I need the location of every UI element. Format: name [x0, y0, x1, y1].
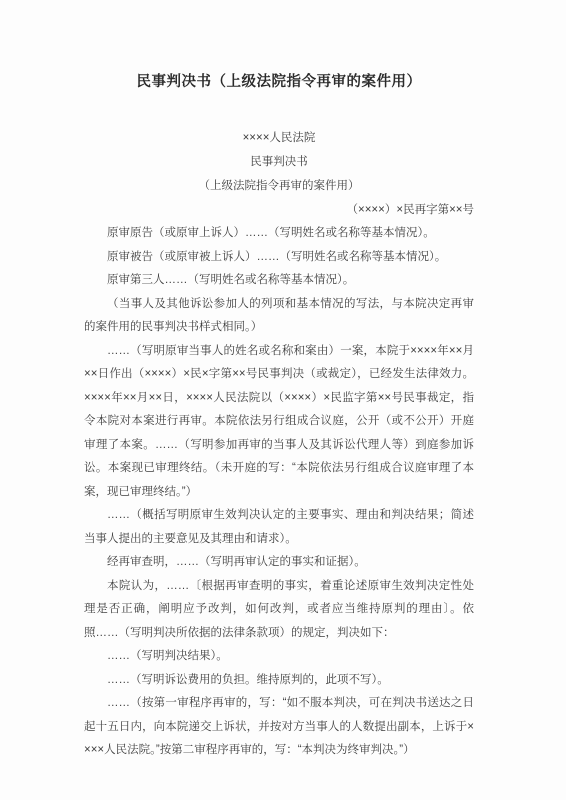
paragraph-original-plaintiff: 原审原告（或原审上诉人）……（写明姓名或名称等基本情况）。	[84, 222, 474, 246]
document-usage-note: （上级法院指令再审的案件用）	[84, 174, 474, 198]
paragraph-litigation-costs: ……（写明诉讼费用的负担。维持原判的，此项不写）。	[84, 669, 474, 693]
paragraph-judgment-result: ……（写明判决结果）。	[84, 645, 474, 669]
document-header: ××××人民法院 民事判决书 （上级法院指令再审的案件用） （××××）×民再字…	[84, 126, 474, 222]
document-body: 原审原告（或原审上诉人）……（写明姓名或名称等基本情况）。 原审被告（或原审被上…	[84, 222, 474, 763]
document-title: 民事判决书（上级法院指令再审的案件用）	[84, 72, 474, 92]
document-page: 民事判决书（上级法院指令再审的案件用） ××××人民法院 民事判决书 （上级法院…	[0, 0, 566, 800]
paragraph-case-history: ……（写明原审当事人的姓名或名称和案由）一案，本院于××××年××月××日作出（…	[84, 340, 474, 505]
paragraph-original-judgment-summary: ……（概括写明原审生效判决认定的主要事实、理由和判决结果；简述当事人提出的主要意…	[84, 504, 474, 551]
paragraph-original-defendant: 原审被告（或原审被上诉人）……（写明姓名或名称等基本情况）。	[84, 246, 474, 270]
paragraph-original-third-party: 原审第三人……（写明姓名或名称等基本情况）。	[84, 269, 474, 293]
paragraph-appeal-instructions: ……（按第一审程序再审的，写：“如不服本判决，可在判决书送达之日起十五日内，向本…	[84, 692, 474, 763]
paragraph-parties-note: （当事人及其他诉讼参加人的列项和基本情况的写法，与本院决定再审的案件用的民事判决…	[84, 293, 474, 340]
case-number: （××××）×民再字第××号	[84, 198, 474, 222]
document-type: 民事判决书	[84, 150, 474, 174]
paragraph-court-opinion: 本院认为，……〔根据再审查明的事实，着重论述原审生效判决定性处理是否正确，阐明应…	[84, 575, 474, 646]
paragraph-retrial-findings: 经再审查明，……（写明再审认定的事实和证据）。	[84, 551, 474, 575]
court-name: ××××人民法院	[84, 126, 474, 150]
